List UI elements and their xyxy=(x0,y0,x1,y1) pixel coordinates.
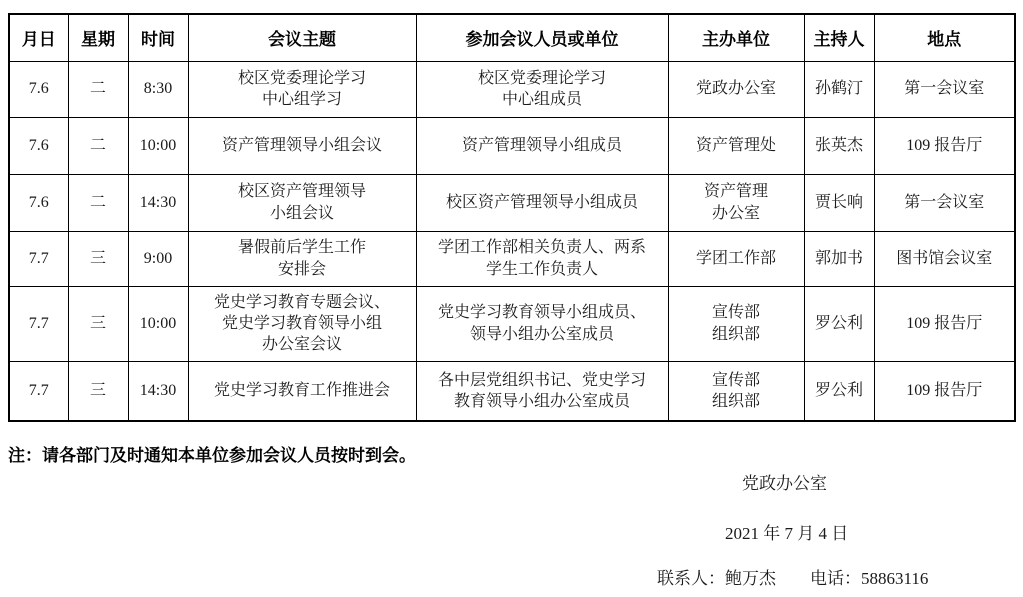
cell-date: 7.6 xyxy=(9,61,68,117)
cell-participants: 资产管理领导小组成员 xyxy=(416,117,668,174)
cell-location: 第一会议室 xyxy=(874,174,1015,231)
table-row: 7.6 二 8:30 校区党委理论学习 中心组学习 校区党委理论学习 中心组成员… xyxy=(9,61,1015,117)
cell-host: 罗公利 xyxy=(804,286,874,361)
cell-organizer: 党政办公室 xyxy=(668,61,804,117)
cell-topic: 暑假前后学生工作 安排会 xyxy=(188,231,416,286)
cell-weekday: 二 xyxy=(68,61,128,117)
table-row: 7.7 三 10:00 党史学习教育专题会议、 党史学习教育领导小组 办公室会议… xyxy=(9,286,1015,361)
cell-participants: 校区党委理论学习 中心组成员 xyxy=(416,61,668,117)
cell-participants: 校区资产管理领导小组成员 xyxy=(416,174,668,231)
cell-location: 109 报告厅 xyxy=(874,361,1015,421)
cell-date: 7.6 xyxy=(9,174,68,231)
cell-participants: 学团工作部相关负责人、两系 学生工作负责人 xyxy=(416,231,668,286)
cell-weekday: 二 xyxy=(68,174,128,231)
signature-organization: 党政办公室 xyxy=(742,469,827,494)
column-header-topic: 会议主题 xyxy=(188,14,416,61)
cell-topic: 党史学习教育专题会议、 党史学习教育领导小组 办公室会议 xyxy=(188,286,416,361)
cell-weekday: 三 xyxy=(68,286,128,361)
cell-time: 14:30 xyxy=(128,174,188,231)
cell-topic: 资产管理领导小组会议 xyxy=(188,117,416,174)
cell-organizer: 资产管理 办公室 xyxy=(668,174,804,231)
cell-date: 7.7 xyxy=(9,231,68,286)
cell-participants: 党史学习教育领导小组成员、 领导小组办公室成员 xyxy=(416,286,668,361)
column-header-host: 主持人 xyxy=(804,14,874,61)
meeting-schedule-document: { "table": { "columns": [ "月日", "星期", "时… xyxy=(0,0,1023,597)
column-header-participants: 参加会议人员或单位 xyxy=(416,14,668,61)
cell-topic: 党史学习教育工作推进会 xyxy=(188,361,416,421)
cell-weekday: 二 xyxy=(68,117,128,174)
cell-participants: 各中层党组织书记、党史学习 教育领导小组办公室成员 xyxy=(416,361,668,421)
table-row: 7.6 二 14:30 校区资产管理领导 小组会议 校区资产管理领导小组成员 资… xyxy=(9,174,1015,231)
meeting-schedule-table: 月日 星期 时间 会议主题 参加会议人员或单位 主办单位 主持人 地点 7.6 … xyxy=(8,13,1016,422)
cell-organizer: 宣传部 组织部 xyxy=(668,361,804,421)
contact-info: 联系人：鲍万杰 电话：58863116 xyxy=(657,564,928,589)
cell-location: 109 报告厅 xyxy=(874,117,1015,174)
cell-date: 7.7 xyxy=(9,361,68,421)
column-header-time: 时间 xyxy=(128,14,188,61)
cell-host: 张英杰 xyxy=(804,117,874,174)
table-header-row: 月日 星期 时间 会议主题 参加会议人员或单位 主办单位 主持人 地点 xyxy=(9,14,1015,61)
cell-weekday: 三 xyxy=(68,231,128,286)
cell-time: 10:00 xyxy=(128,117,188,174)
cell-weekday: 三 xyxy=(68,361,128,421)
column-header-date: 月日 xyxy=(9,14,68,61)
cell-host: 郭加书 xyxy=(804,231,874,286)
cell-location: 图书馆会议室 xyxy=(874,231,1015,286)
table-row: 7.6 二 10:00 资产管理领导小组会议 资产管理领导小组成员 资产管理处 … xyxy=(9,117,1015,174)
table-row: 7.7 三 9:00 暑假前后学生工作 安排会 学团工作部相关负责人、两系 学生… xyxy=(9,231,1015,286)
cell-host: 孙鹤汀 xyxy=(804,61,874,117)
column-header-location: 地点 xyxy=(874,14,1015,61)
cell-time: 10:00 xyxy=(128,286,188,361)
cell-date: 7.6 xyxy=(9,117,68,174)
cell-time: 9:00 xyxy=(128,231,188,286)
cell-topic: 校区党委理论学习 中心组学习 xyxy=(188,61,416,117)
cell-time: 14:30 xyxy=(128,361,188,421)
footer-note: 注：请各部门及时通知本单位参加会议人员按时到会。 xyxy=(8,441,416,466)
cell-host: 罗公利 xyxy=(804,361,874,421)
cell-host: 贾长响 xyxy=(804,174,874,231)
signature-date: 2021 年 7 月 4 日 xyxy=(725,519,848,544)
cell-topic: 校区资产管理领导 小组会议 xyxy=(188,174,416,231)
cell-location: 第一会议室 xyxy=(874,61,1015,117)
cell-location: 109 报告厅 xyxy=(874,286,1015,361)
cell-organizer: 学团工作部 xyxy=(668,231,804,286)
cell-time: 8:30 xyxy=(128,61,188,117)
cell-organizer: 宣传部 组织部 xyxy=(668,286,804,361)
table-row: 7.7 三 14:30 党史学习教育工作推进会 各中层党组织书记、党史学习 教育… xyxy=(9,361,1015,421)
column-header-weekday: 星期 xyxy=(68,14,128,61)
cell-organizer: 资产管理处 xyxy=(668,117,804,174)
column-header-organizer: 主办单位 xyxy=(668,14,804,61)
cell-date: 7.7 xyxy=(9,286,68,361)
